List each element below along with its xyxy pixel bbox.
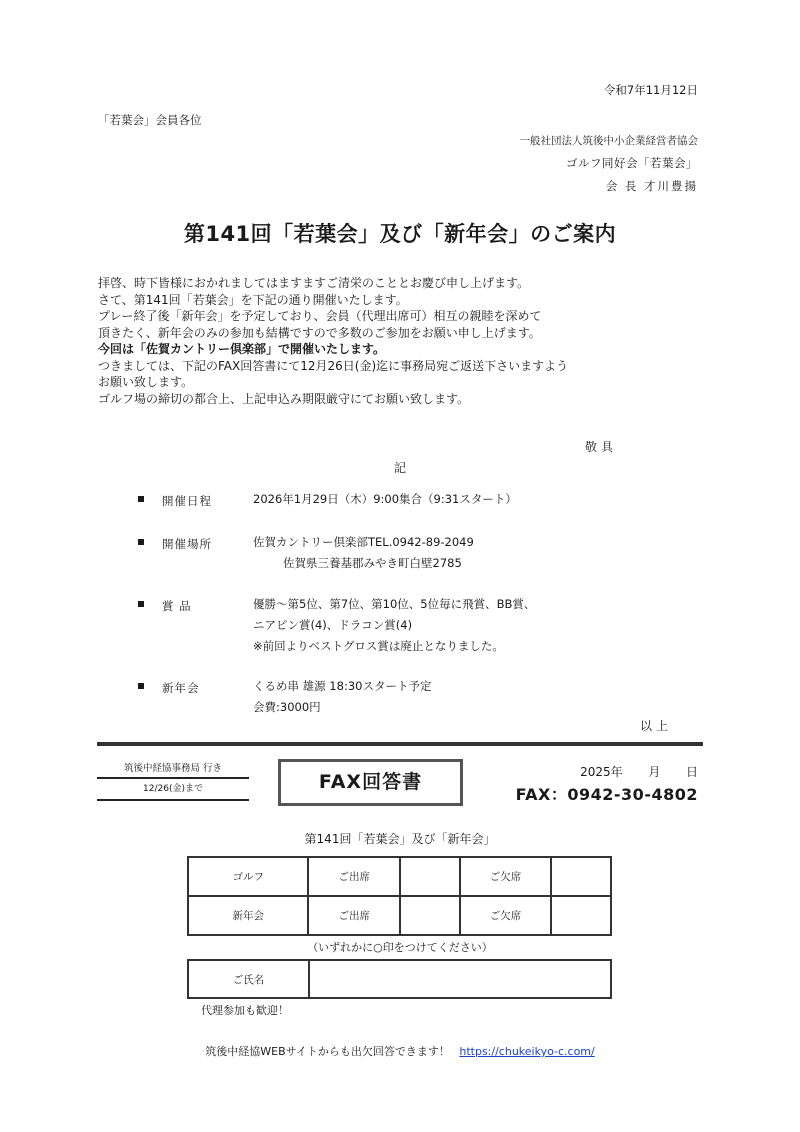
detail-content: 2026年1月29日（木）9:00集合（9:31スタート） bbox=[253, 489, 517, 510]
sender-organization: 一般社団法人筑後中小企業経営者協会 bbox=[520, 133, 699, 148]
detail-label: 開催場所 bbox=[162, 536, 212, 552]
intro-line: 拝啓、時下皆様におかれましてはますますご清栄のこととお慶び申し上げます。 bbox=[98, 275, 568, 292]
event-cell: 新年会 bbox=[188, 896, 308, 935]
square-bullet-icon bbox=[138, 539, 144, 545]
fax-recipient: 筑後中経協事務局 行き bbox=[97, 760, 249, 777]
website-link[interactable]: https://chukeikyo-c.com/ bbox=[459, 1045, 594, 1058]
reply-day[interactable]: 日 bbox=[686, 763, 698, 780]
fax-form-title: FAX回答書 bbox=[278, 759, 463, 806]
proxy-note: 代理参加も歓迎！ bbox=[201, 1002, 289, 1018]
attend-label-cell: ご出席 bbox=[308, 896, 400, 935]
name-table: ご氏名 bbox=[187, 959, 612, 999]
name-label-cell: ご氏名 bbox=[188, 960, 309, 998]
section-divider bbox=[97, 742, 703, 746]
sender-club: ゴルフ同好会「若葉会」 bbox=[566, 155, 698, 171]
table-row: 新年会 ご出席 ご欠席 bbox=[188, 896, 611, 935]
fax-number: FAX：0942-30-4802 bbox=[516, 782, 698, 805]
page-title: 第141回「若葉会」及び「新年会」のご案内 bbox=[0, 218, 800, 248]
fax-recipient-block: 筑後中経協事務局 行き 12/26(金)まで bbox=[97, 760, 249, 801]
footer-text: 筑後中経協WEBサイトからも出欠回答できます！ bbox=[205, 1045, 450, 1058]
intro-line-emphasis: 今回は「佐賀カントリー倶楽部」で開催いたします。 bbox=[98, 341, 568, 358]
intro-line: ゴルフ場の締切の都合上、上記申込み期限厳守にてお願い致します。 bbox=[98, 391, 568, 408]
form-title: 第141回「若葉会」及び「新年会」 bbox=[0, 830, 800, 847]
addressee: 「若葉会」会員各位 bbox=[98, 112, 202, 128]
detail-label: 開催日程 bbox=[162, 493, 212, 509]
square-bullet-icon bbox=[138, 601, 144, 607]
fax-deadline: 12/26(金)まで bbox=[97, 779, 249, 799]
detail-line: 優勝～第5位、第7位、第10位、5位毎に飛賞、BB賞、 bbox=[253, 594, 535, 615]
intro-line: 頂きたく、新年会のみの参加も結構ですので多数のご参加をお願い申し上げます。 bbox=[98, 325, 568, 342]
closing-keigu: 敬具 bbox=[585, 438, 617, 455]
reply-year: 2025年 bbox=[580, 763, 623, 780]
end-mark: 以上 bbox=[640, 717, 672, 734]
detail-line: 佐賀カントリー倶楽部TEL.0942-89-2049 bbox=[253, 532, 474, 553]
absent-mark-cell[interactable] bbox=[551, 896, 611, 935]
detail-content: 優勝～第5位、第7位、第10位、5位毎に飛賞、BB賞、 ニアピン賞(4)、ドラコ… bbox=[253, 594, 535, 657]
attendance-table: ゴルフ ご出席 ご欠席 新年会 ご出席 ご欠席 bbox=[187, 856, 612, 936]
intro-line: さて、第141回「若葉会」を下記の通り開催いたします。 bbox=[98, 292, 568, 309]
instruction-note: （いずれかに○印をつけてください） bbox=[0, 939, 800, 955]
detail-line: 会費:3000円 bbox=[253, 697, 431, 718]
attend-mark-cell[interactable] bbox=[400, 857, 460, 896]
detail-line: 2026年1月29日（木）9:00集合（9:31スタート） bbox=[253, 489, 517, 510]
table-row: ゴルフ ご出席 ご欠席 bbox=[188, 857, 611, 896]
square-bullet-icon bbox=[138, 496, 144, 502]
absent-label-cell: ご欠席 bbox=[460, 896, 552, 935]
detail-line: くるめ串 雄源 18:30スタート予定 bbox=[253, 676, 431, 697]
detail-line: ※前回よりベストグロス賞は廃止となりました。 bbox=[253, 636, 535, 657]
table-row: ご氏名 bbox=[188, 960, 611, 998]
intro-line: プレー終了後「新年会」を予定しており、会員（代理出席可）相互の親睦を深めて bbox=[98, 308, 568, 325]
detail-line: 佐賀県三養基郡みやき町白壁2785 bbox=[253, 553, 474, 574]
footer: 筑後中経協WEBサイトからも出欠回答できます！ https://chukeiky… bbox=[0, 1043, 800, 1059]
divider bbox=[97, 799, 249, 801]
event-cell: ゴルフ bbox=[188, 857, 308, 896]
intro-line: つきましては、下記のFAX回答書にて12月26日(金)迄に事務局宛ご返送下さいま… bbox=[98, 358, 568, 375]
attend-mark-cell[interactable] bbox=[400, 896, 460, 935]
detail-label: 新年会 bbox=[162, 680, 200, 696]
reply-month[interactable]: 月 bbox=[648, 763, 660, 780]
reply-date: 2025年 月 日 bbox=[580, 763, 698, 780]
document-date: 令和7年11月12日 bbox=[604, 82, 698, 98]
ki-heading: 記 bbox=[394, 459, 406, 476]
absent-label-cell: ご欠席 bbox=[460, 857, 552, 896]
absent-mark-cell[interactable] bbox=[551, 857, 611, 896]
detail-content: くるめ串 雄源 18:30スタート予定 会費:3000円 bbox=[253, 676, 431, 718]
sender-name: 会 長 才川豊揚 bbox=[606, 178, 698, 194]
detail-content: 佐賀カントリー倶楽部TEL.0942-89-2049 佐賀県三養基郡みやき町白壁… bbox=[253, 532, 474, 574]
intro-paragraph: 拝啓、時下皆様におかれましてはますますご清栄のこととお慶び申し上げます。 さて、… bbox=[98, 275, 568, 407]
name-input-cell[interactable] bbox=[309, 960, 611, 998]
detail-label: 賞 品 bbox=[162, 598, 192, 614]
detail-line: ニアピン賞(4)、ドラコン賞(4) bbox=[253, 615, 535, 636]
square-bullet-icon bbox=[138, 683, 144, 689]
attend-label-cell: ご出席 bbox=[308, 857, 400, 896]
intro-line: お願い致します。 bbox=[98, 374, 568, 391]
